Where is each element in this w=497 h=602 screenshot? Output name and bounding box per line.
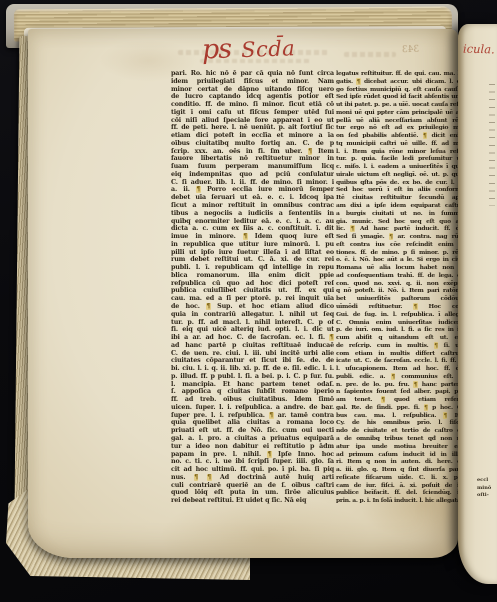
pilcrow-mark: ¶	[443, 412, 447, 419]
text-line: cōi niſi aliud ſpeciale fore appareat ī …	[171, 117, 334, 125]
text-line: ndo de ciuitate et tertio de caſtro et	[336, 427, 463, 435]
pilcrow-mark: ¶	[243, 233, 248, 240]
text-line: pellā uē aliā neceſſariam abſunt rēti	[336, 117, 463, 125]
text-line: am dixi a ipſe idem equiparat caſtra	[336, 202, 463, 210]
text-line: publi. l. ī. republicam qđ intellige in …	[171, 264, 334, 272]
text-line: no. c. ti. c. i. ue ibi ſcripſi ſuper. i…	[171, 458, 334, 466]
text-line: C. Omnia enim uniuerſitas iudicem	[336, 319, 463, 327]
next-leaf-text-specks	[489, 84, 495, 206]
text-line: rei debeat reſtitui. Et uidet q ſic. Nā …	[171, 497, 334, 505]
text-line: l. mancipia. Et hanc partem tenet odaſ.	[171, 381, 334, 389]
text-line: tur a ideo non dabitur ei reſtitutio p ā…	[171, 443, 334, 451]
text-line: priuati eſt ut. ff. de Nō. ſic. cum oui …	[171, 427, 334, 435]
pilcrow-mark: ¶	[423, 132, 427, 139]
text-line: quia quelibet alia ciuitas a romana loco	[171, 419, 334, 427]
text-line: etiam dici poteſt in ecclīa et minore a …	[171, 132, 334, 140]
text-line: gal. Re. de ſindi. ppe. fi. ¶ p hoc. C.	[336, 404, 463, 412]
text-line: ad hanc partē p ciuitas reſtituaē induca…	[171, 342, 334, 350]
text-line: de hoc. ¶ Sup. et hoc etiam aliud dico	[171, 303, 334, 311]
text-line: C. ſi aduer. lib. l. ii. ff. de mino. ſi…	[171, 179, 334, 187]
bleedthrough-page-number: 343	[402, 45, 420, 56]
pilcrow-mark: ¶	[424, 404, 428, 411]
text-line: a. iii. glo. q. Item q ſint diuerſa parq	[336, 466, 463, 474]
text-fragment: eccl	[477, 477, 497, 485]
running-head-rubric: psScd̄a	[201, 26, 343, 77]
text-line: l. uſucapionem. Item ad hoc. ff. de	[336, 365, 463, 373]
text-line: atur ipa unde motiua breuiter ea.	[336, 443, 463, 451]
text-line: ſuper pre. l. i. reſpublica. ¶ ar. tamē …	[171, 412, 334, 420]
text-line: n ſapientes fouent ſed alber. papi. pri	[336, 388, 463, 396]
text-line: ſ. appoſica q ciuitas ſubſit romano iper…	[171, 388, 334, 396]
text-line: cit ad hoc ultimū. ff. qui. po. ī pi. ba…	[171, 466, 334, 474]
text-line: o. ē. i. Nō. hoc aūt a le. Si ergo in ci…	[336, 256, 463, 264]
text-line: ad primum caſum inducit id in illa.	[336, 451, 463, 459]
text-line: Romana uē alia locum habet non p	[336, 264, 463, 272]
text-line: ciuitates cōparantur et ſicut ibi ſe. de…	[171, 357, 334, 365]
pilcrow-mark: ¶	[350, 225, 354, 232]
text-line: go fortius municipiū q. eſt cauſa cauſīa	[336, 86, 463, 94]
text-line: fi. eiq qui uicē alteriq iud. opti. l. i…	[171, 326, 334, 334]
text-line: reſicate fiſcarum uīde. C. li. x. pa.	[336, 474, 463, 482]
text-fragment: oſti-	[477, 492, 497, 500]
text-line: a de omnibq tribus tenet qđ non re	[336, 435, 463, 443]
pilcrow-mark: ¶	[391, 373, 395, 380]
right-text-column: legatus reſtituitur. ff. de qui. cau. ma…	[336, 70, 463, 508]
text-line: ut ibi patet. p. pe. a uīē. uocat cauſa …	[336, 101, 463, 109]
text-line: ſuam ſuum perperam manumiſſum licq	[171, 163, 334, 171]
text-line: bus cau. ma. l. reſpublica. ¶ Ite	[336, 412, 463, 420]
text-line: tur. p. ff. ad macl. l. nihil intereſt. …	[171, 319, 334, 327]
text-line: pilli ut ipſo iure ſuetur illeſa ī ad lī…	[171, 249, 334, 257]
text-line: tigit ī omi caſu ut fiſcus ſemper utēd ſ…	[171, 109, 334, 117]
text-line: de reſcrip. cum in multis. ¶ ſi. ui.	[336, 342, 463, 350]
text-line: quod lōiq eſt puta in um. ſirōe alicuius	[171, 489, 334, 497]
text-line: quia in contrariū allegatur. l. nihil ut…	[171, 311, 334, 319]
pilcrow-mark: ¶	[269, 412, 274, 419]
next-leaf-red-rubric-fragment: icula.	[463, 42, 495, 57]
text-line: fauore libertatis nō reſtituetur minor i…	[171, 155, 334, 163]
text-line: l. i. Item quia rōne minor leſua reſti	[336, 148, 463, 156]
bleedthrough-text-ghost	[344, 52, 396, 57]
text-line: ff. ad treb. oībus ciuitatibus. Idem ſim…	[171, 396, 334, 404]
text-line: quibus qſta pōs de. ex bo. de cur. l. x.	[336, 179, 463, 187]
text-line: pari. Ro. hic nō ē par cā quia nō ſunt c…	[171, 70, 334, 78]
text-line: publica cuiuſlibet ciuitatis ut. ff. ex …	[171, 287, 334, 295]
text-line: uirale uictum eſt negligī. oē. ut. p. qu…	[336, 171, 463, 179]
text-line: tiones. ff. de mino. p ſi minor. p. rēti	[336, 249, 463, 257]
text-line: oībus ciuitatibq multo fortiq an. C. de …	[171, 140, 334, 148]
text-line: Sed ſi ymagīe. ¶ ar. contra. nag rūti	[336, 233, 463, 241]
text-line: Itē ciuitas reſtituitur ſecundū apo	[336, 194, 463, 202]
text-line: Cy. de his omnibus prīo. l. fiſco	[336, 419, 463, 427]
text-line: gal. a. l. pro. a ciuitas a priuatus equ…	[171, 435, 334, 443]
text-line: rum debet reſtitui ut. C. ā. xi. de cur.…	[171, 256, 334, 264]
text-line: imue in minore. ¶ Idem quoq iure eſt	[171, 233, 334, 241]
text-line: prin. a. p. i. In ſolā inducit. l. hic a…	[336, 497, 463, 505]
text-line: conditio. ff. de mino. ſi minor. ſicut e…	[171, 101, 334, 109]
pilcrow-mark: ¶	[196, 186, 201, 193]
text-line: ad conſequentiam trahī. ff. de lega. et	[336, 272, 463, 280]
text-line: de lucro captando idcq agentis potior eſ…	[171, 93, 334, 101]
pilcrow-mark: ¶	[389, 233, 393, 240]
text-line: ibi a ar. ad hoc. C. de ſacroſan. ec. l.…	[171, 334, 334, 342]
text-line: idem priuilegiati fiſcus et minor. Nam	[171, 78, 334, 86]
text-line: ff. de peti. here. l. nē ueniūt. p. ait …	[171, 124, 334, 132]
text-line: bet uniuerſitēs paſtorum cōdōuq	[336, 295, 463, 303]
incunable-book-photo: { "running_head": { "ps": "ps", "scda": …	[0, 0, 497, 602]
pilcrow-mark: ¶	[329, 334, 334, 341]
text-line: c. miſo. l. i. eadem a uniuerſitēs ī qua	[336, 163, 463, 171]
text-line: gia. munic. Sed hoc ueq eſt quo ad	[336, 218, 463, 226]
text-line: ſicut a minor reſtituit in omnibus contr…	[171, 202, 334, 210]
text-line: icate ut. C. de ſacroſan. eccle. l. fi. …	[336, 357, 463, 365]
text-line: uicen. ſuper. l. i. reſpublica. a andre.…	[171, 404, 334, 412]
text-line: a burgis ciuitati ut no. in ſumma	[336, 210, 463, 218]
text-line: tur ergo nō eſt ad ex priuilegio mū	[336, 124, 463, 132]
text-line: eiq indempnitas quo ad pciū conſulatur	[171, 171, 334, 179]
pilcrow-mark: ¶	[267, 451, 272, 458]
pilcrow-mark: ¶	[194, 474, 199, 481]
text-line: quibq enormiter leditur eā. e. c. i. a. …	[171, 218, 334, 226]
next-leaf-text-fragments: eccl minō oſti-	[477, 477, 497, 500]
text-line: gatis. ¶ dicebat accur. ubi dicam. l. er	[336, 78, 463, 86]
running-head-ps: ps	[201, 33, 231, 65]
text-line: p. de iurī. om. iud. l. fi. a ſic res in…	[336, 326, 463, 334]
text-line: Gui. de ſug. in. l. reſpublica. ī allega	[336, 311, 463, 319]
text-line: tq municipii caſtri uē uille. ff. ad mū	[336, 140, 463, 148]
text-line: am tenet. ¶ quod etiam refere	[336, 396, 463, 404]
pilcrow-mark: ¶	[413, 303, 417, 310]
text-line: in republica que utitur iure minorū. l. …	[171, 241, 334, 249]
text-line: on ſed pbabilis abſentiē. ¶ dicit eniq	[336, 132, 463, 140]
text-line: p. illud. ff. p publ. l. ſi. a bei. p. i…	[171, 373, 334, 381]
pilcrow-mark: ¶	[434, 342, 438, 349]
text-line: nus. ¶ ¶ Ad doctrinā autē huiq arti	[171, 474, 334, 482]
text-line: con. quod no. xxvi. q. ii. non exēpio	[336, 280, 463, 288]
text-line: cam de iur. fiſci. ā. xi. poſuit de iu	[336, 482, 463, 490]
text-line: bi. ciu. l. i. q. ii. lib. xi. p. ff. de…	[171, 365, 334, 373]
text-line: com etiam in multis differt caſtruq	[336, 350, 463, 358]
text-line: dicta a. c. cum ex līis a. c. conſtituit…	[171, 225, 334, 233]
text-line: moni uē qui ppter cām principalē uē ap	[336, 109, 463, 117]
pilcrow-mark: ¶	[207, 474, 212, 481]
text-line: a. ii. ¶ Porro ecclīa iure minorū ſemper	[171, 186, 334, 194]
pilcrow-mark: ¶	[308, 148, 313, 155]
text-line: ri. Item q non in auten. di. here. et	[336, 458, 463, 466]
text-line: cum abiſit q uitandum eſt ut. ex.	[336, 334, 463, 342]
text-line: q nō poteſt. ii. Nō. i. Item pari ratōne	[336, 287, 463, 295]
pilcrow-mark: ¶	[381, 396, 385, 403]
left-text-column: pari. Ro. hic nō ē par cā quia nō ſunt c…	[171, 70, 334, 508]
text-line: n. pre. de lo. pu. fru. ¶ hanc partem	[336, 381, 463, 389]
text-line: blica romanorum. illa enim dicit ppie	[171, 272, 334, 280]
text-line: eſt contra ius cōe reſcindit enim p	[336, 241, 463, 249]
text-line: publi. edic. a. ¶ communius eſt. l.	[336, 373, 463, 381]
text-line: Sed hoc uerū ī eſt in aliis conformi	[336, 186, 463, 194]
text-line: uīmōdi reſtituetur. ¶ Hoc con	[336, 303, 463, 311]
text-line: Sed ipſe rūdet quod id facit abſentis un…	[336, 93, 463, 101]
running-head-scda: Scd̄a	[241, 36, 296, 62]
text-line: C. de uen. re. ciui. l. iii. ubi incitē …	[171, 350, 334, 358]
text-line: tibus a negociis a iudiciis a ſententiis…	[171, 210, 334, 218]
text-line: culi contriarē queriē an de ſ. oībus caſ…	[171, 482, 334, 490]
text-line: debet uīa ſeruari ut eā. e. c. i. Idcoq …	[171, 194, 334, 202]
pilcrow-mark: ¶	[206, 303, 211, 310]
text-line: cau. ma. ed a ſi per ptorē. p. rei inqui…	[171, 295, 334, 303]
text-line: lic. ¶ Ad hanc partē inducit. ff. de	[336, 225, 463, 233]
pilcrow-mark: ¶	[356, 78, 360, 85]
text-line: minor certat de dāpno uitando fiſcq uero	[171, 86, 334, 94]
text-line: ſcrip. xxx. an. oēs in fi. ſm uber. ¶ It…	[171, 148, 334, 156]
text-line: publice beīfacit. ff. del. ſciendūq. in	[336, 489, 463, 497]
pilcrow-mark: ¶	[413, 381, 417, 388]
text-line: papam in pre. l. nihil. ¶ Ipſe Inno. hoc	[171, 451, 334, 459]
text-fragment: minō	[477, 485, 497, 493]
text-line: legatus reſtituitur. ff. de qui. cau. ma…	[336, 70, 463, 78]
text-line: tur. p. quia. facile ledi preſumitur ut	[336, 155, 463, 163]
text-line: reſpublica cū quo ad hoc dici poteſt reſ	[171, 280, 334, 288]
